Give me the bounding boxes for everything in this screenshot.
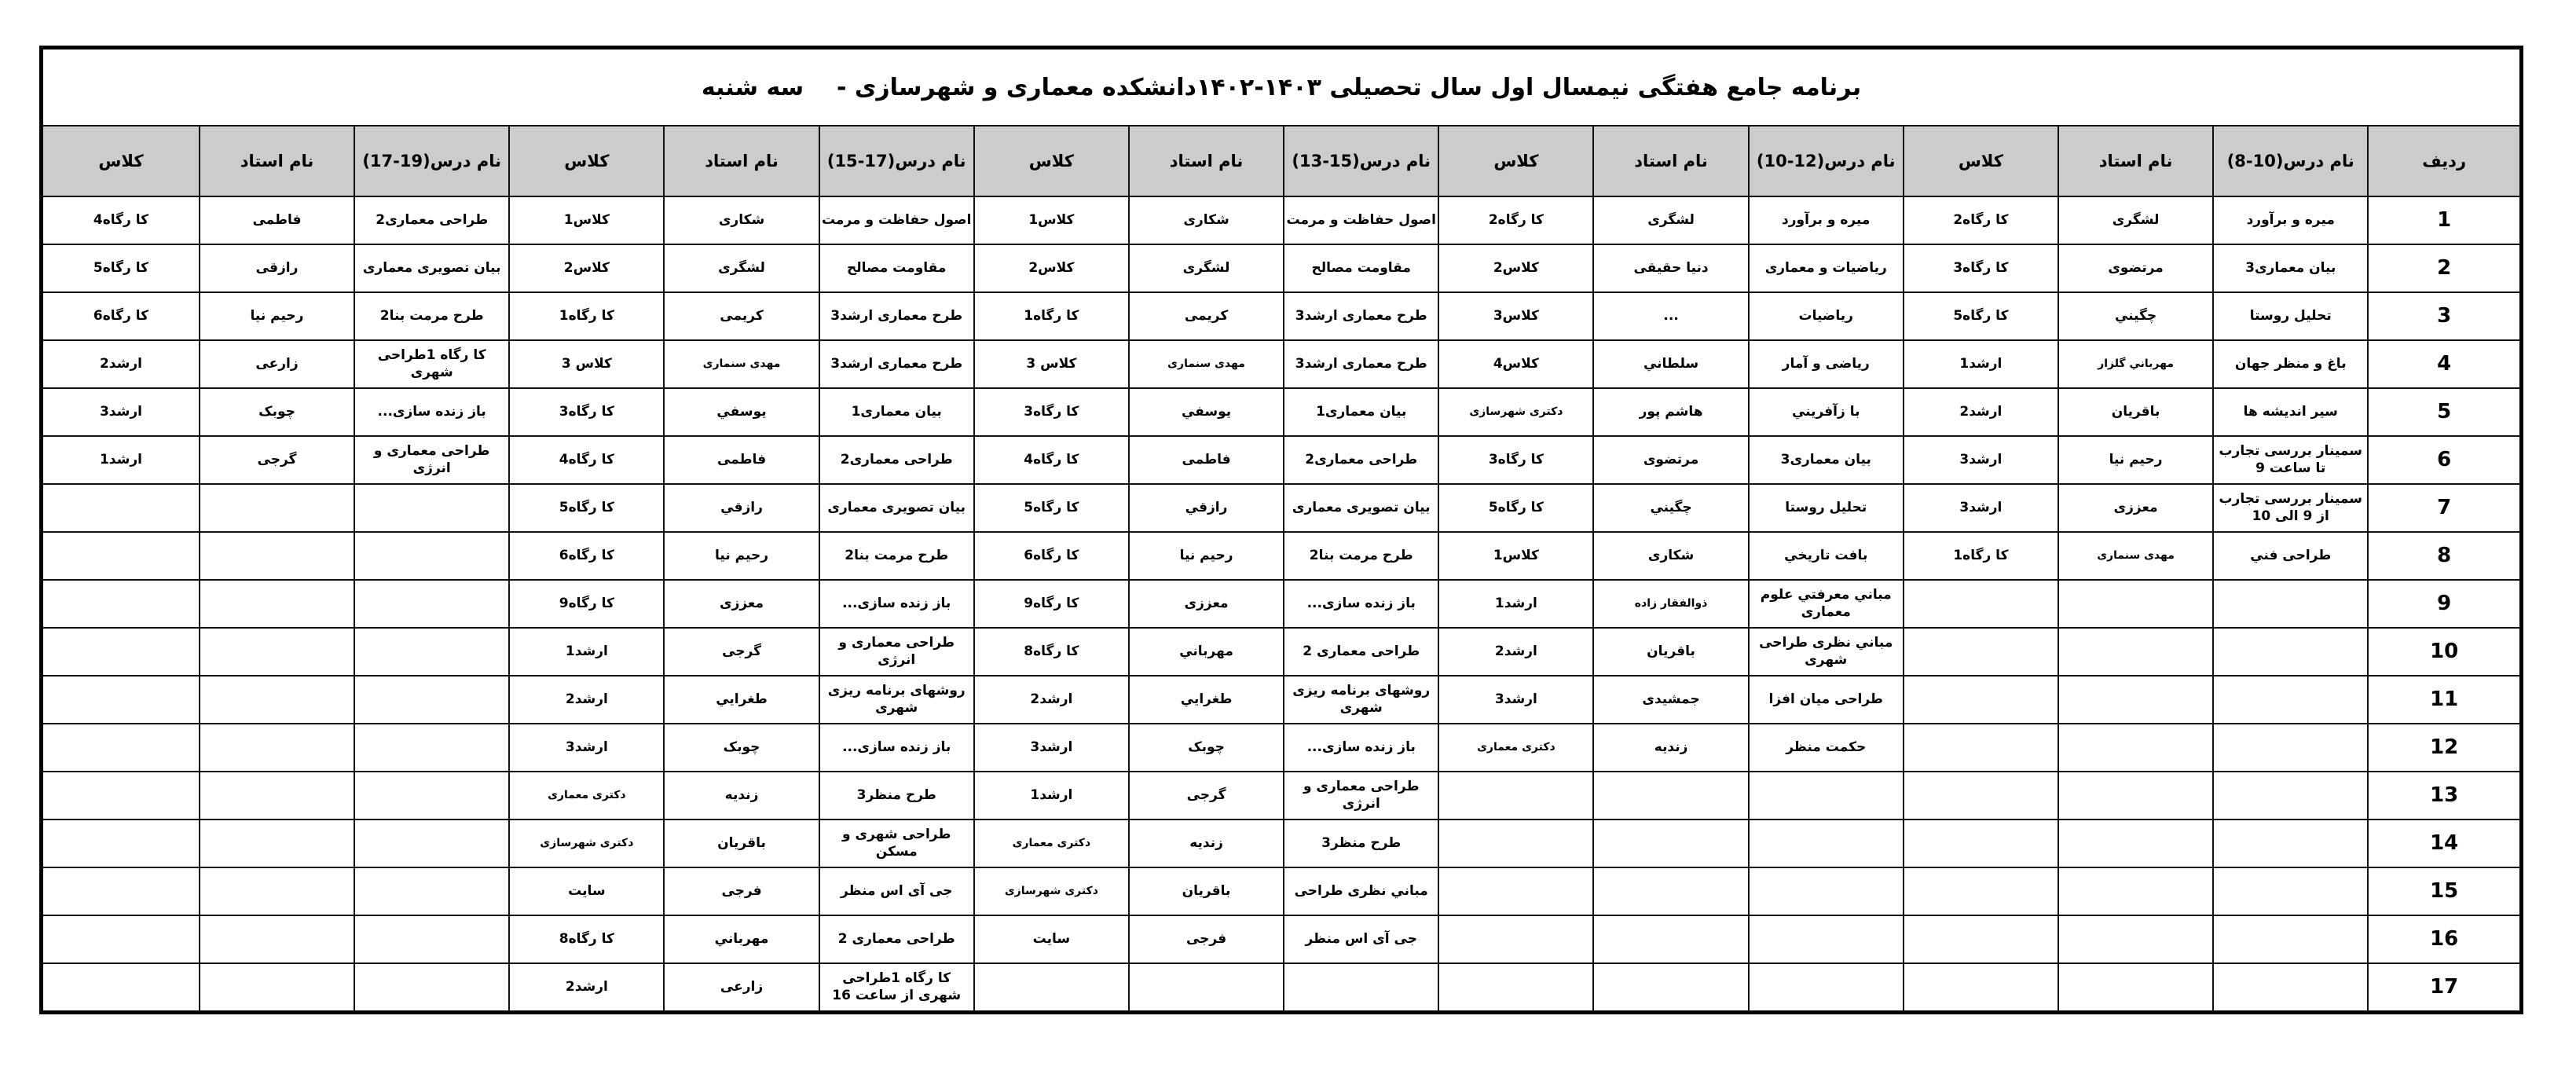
teacher-cell: سلطاني [1593,340,1748,388]
class-cell: کا رگاه6 [509,532,664,580]
course-cell: مباني معرفتي علوم معماری [1749,580,1904,628]
teacher-cell: جمشیدی [1593,676,1748,724]
class-cell: کا رگاه4 [509,436,664,484]
teacher-cell [1593,819,1748,867]
teacher-cell: فاطمی [664,436,819,484]
course-cell: طرح معماری ارشد3 [819,340,974,388]
class-cell: دکتری شهرسازی [1438,388,1593,436]
course-cell [1749,819,1904,867]
header-teacher: نام استاد [1129,126,1284,196]
row-number-cell: 10 [2368,628,2521,676]
teacher-cell [2058,772,2213,819]
teacher-cell: رازقی [200,244,354,292]
teacher-cell: رحیم نیا [664,532,819,580]
class-cell: کا رگاه3 [509,388,664,436]
header-class: کلاس [1904,126,2058,196]
course-cell: بیان معماری1 [819,388,974,436]
course-cell: جی آی اس منظر [1284,915,1438,963]
teacher-cell: چگیني [1593,484,1748,532]
table-row: 8طراحی فنيمهدی سنماریکا رگاه1بافت تاریخي… [42,532,2522,580]
class-cell [42,915,200,963]
teacher-cell [1593,772,1748,819]
class-cell: دکتری شهرسازی [509,819,664,867]
teacher-cell: مهرباني [664,915,819,963]
class-cell: سایت [974,915,1129,963]
course-cell [354,580,509,628]
course-cell [354,628,509,676]
teacher-cell: مهدی سنماری [2058,532,2213,580]
course-cell: باغ و منظر جهان [2213,340,2368,388]
class-cell: کلاس1 [509,196,664,244]
teacher-cell: مهرباني [1129,628,1284,676]
course-cell: کا رگاه 1طراحی شهری از ساعت 16 [819,963,974,1013]
course-cell: طرح معماری ارشد3 [1284,292,1438,340]
teacher-cell: ذوالفقار زاده [1593,580,1748,628]
course-cell [2213,676,2368,724]
table-row: 5سیر اندیشه هاباقریانارشد2با زآفرینيهاشم… [42,388,2522,436]
course-cell: باز زنده سازی... [819,580,974,628]
class-cell: ارشد2 [42,340,200,388]
table-row: 15مباني نظری طراحیباقریاندکتری شهرسازیجی… [42,867,2522,915]
table-row: 16جی آی اس منظرفرجیسایتطراحی معماری 2مهر… [42,915,2522,963]
teacher-cell [200,915,354,963]
teacher-cell [1593,915,1748,963]
table-row: 11طراحی میان افزاجمشیدیارشد3روشهای برنام… [42,676,2522,724]
class-cell: کا رگاه4 [974,436,1129,484]
class-cell [1438,772,1593,819]
course-cell: بافت تاریخي [1749,532,1904,580]
teacher-cell [2058,676,2213,724]
course-cell [354,676,509,724]
header-class: کلاس [42,126,200,196]
teacher-cell [200,772,354,819]
teacher-cell [1129,963,1284,1013]
course-cell [2213,819,2368,867]
course-cell: اصول حفاظت و مرمت [819,196,974,244]
header-teacher: نام استاد [1593,126,1748,196]
course-cell: تحلیل روستا [1749,484,1904,532]
teacher-cell: زارعی [664,963,819,1013]
teacher-cell: چگیني [2058,292,2213,340]
class-cell: دکتری معماری [509,772,664,819]
course-cell [1749,963,1904,1013]
course-cell: طرح مرمت بنا2 [354,292,509,340]
course-cell: حکمت منظر [1749,724,1904,772]
class-cell [1904,628,2058,676]
row-number-cell: 8 [2368,532,2521,580]
class-cell [1438,915,1593,963]
table-row: 2بیان معماری3مرتضویکا رگاه3ریاضیات و معم… [42,244,2522,292]
teacher-cell: فاطمی [200,196,354,244]
course-cell: طراحی میان افزا [1749,676,1904,724]
course-cell: طراحی معماری2 [819,436,974,484]
teacher-cell: باقریان [2058,388,2213,436]
course-cell: تحلیل روستا [2213,292,2368,340]
header-teacher: نام استاد [200,126,354,196]
table-row: 4باغ و منظر جهانمهرباني گلزارارشد1ریاضی … [42,340,2522,388]
course-cell [354,867,509,915]
teacher-cell [200,867,354,915]
course-cell: ریاضیات و معماری [1749,244,1904,292]
class-cell [42,724,200,772]
header-course-17-19: نام درس(19-17) [354,126,509,196]
class-cell: سایت [509,867,664,915]
teacher-cell [2058,724,2213,772]
course-cell: مقاومت مصالح [1284,244,1438,292]
course-cell: طراحی معماری 2 [819,915,974,963]
title-row: برنامه جامع هفتگی نیمسال اول سال تحصیلی … [42,48,2522,126]
class-cell: کلاس 3 [974,340,1129,388]
class-cell: کا رگاه5 [1438,484,1593,532]
course-cell: روشهای برنامه ریزی شهری [1284,676,1438,724]
course-cell: سمینار بررسی تجارب از 9 الی 10 [2213,484,2368,532]
teacher-cell [200,580,354,628]
course-cell: طرح منظر3 [819,772,974,819]
course-cell: کا رگاه 1طراحی شهری [354,340,509,388]
teacher-cell: دنیا حقیقی [1593,244,1748,292]
header-teacher: نام استاد [664,126,819,196]
class-cell [42,772,200,819]
class-cell: ارشد2 [1904,388,2058,436]
course-cell: طرح مرمت بنا2 [819,532,974,580]
course-cell [354,532,509,580]
course-cell [2213,915,2368,963]
teacher-cell: باقریان [1129,867,1284,915]
header-course-8-10: نام درس(10-8) [2213,126,2368,196]
header-class: کلاس [974,126,1129,196]
table-row: 9مباني معرفتي علوم معماریذوالفقار زادهار… [42,580,2522,628]
teacher-cell: فرجی [664,867,819,915]
row-number-cell: 11 [2368,676,2521,724]
class-cell [42,676,200,724]
class-cell: کا رگاه8 [509,915,664,963]
class-cell: کا رگاه3 [974,388,1129,436]
class-cell [1904,772,2058,819]
class-cell: ارشد1 [1904,340,2058,388]
class-cell [1904,963,2058,1013]
class-cell: کا رگاه5 [1904,292,2058,340]
course-cell: میره و برآورد [1749,196,1904,244]
class-cell: کلاس4 [1438,340,1593,388]
class-cell: کا رگاه5 [42,244,200,292]
class-cell: ارشد3 [1438,676,1593,724]
course-cell: بیان تصویری معماری [354,244,509,292]
course-cell: بیان معماری3 [1749,436,1904,484]
class-cell: کا رگاه6 [974,532,1129,580]
teacher-cell: یوسفي [1129,388,1284,436]
teacher-cell [2058,628,2213,676]
teacher-cell [200,819,354,867]
table-row: 10مباني نظری طراحی شهریباقریانارشد2طراحی… [42,628,2522,676]
class-cell: کا رگاه9 [509,580,664,628]
teacher-cell: چوبک [200,388,354,436]
class-cell: کلاس 3 [509,340,664,388]
teacher-cell: گرجی [200,436,354,484]
course-cell: ریاضیات [1749,292,1904,340]
course-cell: طراحی معماری 2 [1284,628,1438,676]
row-number-cell: 2 [2368,244,2521,292]
course-cell: مباني نظری طراحی [1284,867,1438,915]
class-cell: کلاس2 [1438,244,1593,292]
class-cell: کا رگاه3 [1904,244,2058,292]
header-course-10-12: نام درس(12-10) [1749,126,1904,196]
class-cell: ارشد3 [1904,436,2058,484]
class-cell [1438,963,1593,1013]
teacher-cell: رحیم نیا [1129,532,1284,580]
class-cell: ارشد2 [509,963,664,1013]
class-cell [42,580,200,628]
class-cell: ارشد3 [509,724,664,772]
teacher-cell: لشگری [664,244,819,292]
course-cell [2213,963,2368,1013]
class-cell: ارشد2 [1438,628,1593,676]
course-cell: سمینار بررسی تجارب تا ساعت 9 [2213,436,2368,484]
course-cell: طرح معماری ارشد3 [1284,340,1438,388]
class-cell: کا رگاه5 [509,484,664,532]
teacher-cell: شکاری [664,196,819,244]
schedule-sheet: برنامه جامع هفتگی نیمسال اول سال تحصیلی … [39,46,2523,1014]
teacher-cell: زندیه [1593,724,1748,772]
class-cell [1438,867,1593,915]
class-cell: دکتری معماری [1438,724,1593,772]
teacher-cell [1593,963,1748,1013]
header-course-15-17: نام درس(17-15) [819,126,974,196]
page-title: برنامه جامع هفتگی نیمسال اول سال تحصیلی … [42,48,2522,126]
class-cell: کا رگاه1 [1904,532,2058,580]
course-cell: باز زنده سازی... [1284,580,1438,628]
teacher-cell: مهدی سنماری [1129,340,1284,388]
teacher-cell: باقریان [1593,628,1748,676]
teacher-cell: شکاری [1593,532,1748,580]
class-cell [974,963,1129,1013]
class-cell: کلاس1 [1438,532,1593,580]
teacher-cell: چوبک [1129,724,1284,772]
teacher-cell: طغرایي [1129,676,1284,724]
teacher-cell: مرتضوی [1593,436,1748,484]
row-number-cell: 6 [2368,436,2521,484]
course-cell: باز زنده سازی... [354,388,509,436]
teacher-cell [200,963,354,1013]
row-number-cell: 3 [2368,292,2521,340]
class-cell [42,819,200,867]
teacher-cell: چوبک [664,724,819,772]
class-cell: ارشد3 [42,388,200,436]
teacher-cell: باقریان [664,819,819,867]
teacher-cell: گرجی [664,628,819,676]
class-cell: کا رگاه1 [509,292,664,340]
teacher-cell: زندیه [1129,819,1284,867]
teacher-cell: کریمی [1129,292,1284,340]
course-cell: طراحی معماری2 [354,196,509,244]
teacher-cell [2058,915,2213,963]
table-row: 1میره و برآوردلشگریکا رگاه2میره و برآورد… [42,196,2522,244]
course-cell [354,484,509,532]
teacher-cell [200,532,354,580]
course-cell: طرح معماری ارشد3 [819,292,974,340]
teacher-cell: شکاری [1129,196,1284,244]
class-cell [42,532,200,580]
course-cell: مباني نظری طراحی شهری [1749,628,1904,676]
course-cell: طراحی شهری و مسکن [819,819,974,867]
class-cell [42,628,200,676]
row-number-cell: 4 [2368,340,2521,388]
course-cell [2213,867,2368,915]
class-cell: ارشد1 [1438,580,1593,628]
course-cell [354,724,509,772]
course-cell: بیان تصویری معماری [1284,484,1438,532]
teacher-cell: زارعی [200,340,354,388]
course-cell: طرح مرمت بنا2 [1284,532,1438,580]
teacher-cell: کریمی [664,292,819,340]
header-course-13-15: نام درس(15-13) [1284,126,1438,196]
teacher-cell: معززی [2058,484,2213,532]
teacher-cell: رحیم نیا [2058,436,2213,484]
teacher-cell: ... [1593,292,1748,340]
class-cell: کا رگاه3 [1438,436,1593,484]
header-teacher: نام استاد [2058,126,2213,196]
course-cell [354,915,509,963]
table-row: 7سمینار بررسی تجارب از 9 الی 10معززیارشد… [42,484,2522,532]
class-cell [1904,819,2058,867]
course-cell: بیان تصویری معماری [819,484,974,532]
course-cell [2213,772,2368,819]
course-cell: طراحی معماری و انرژی [1284,772,1438,819]
header-row: ردیفنام درس(10-8)نام استادکلاسنام درس(12… [42,126,2522,196]
class-cell: ارشد2 [509,676,664,724]
teacher-cell: فاطمی [1129,436,1284,484]
teacher-cell: لشگری [1593,196,1748,244]
course-cell: طراحی معماری2 [1284,436,1438,484]
class-cell: کا رگاه2 [1438,196,1593,244]
class-cell: کا رگاه8 [974,628,1129,676]
row-number-cell: 1 [2368,196,2521,244]
teacher-cell: لشگری [2058,196,2213,244]
class-cell [1904,724,2058,772]
teacher-cell [200,724,354,772]
teacher-cell [2058,963,2213,1013]
teacher-cell [2058,580,2213,628]
row-number-cell: 16 [2368,915,2521,963]
teacher-cell: رازقي [1129,484,1284,532]
class-cell: ارشد1 [974,772,1129,819]
class-cell [42,963,200,1013]
class-cell: کلاس2 [974,244,1129,292]
course-cell [354,772,509,819]
teacher-cell [200,676,354,724]
course-cell: طرح منظر3 [1284,819,1438,867]
row-number-cell: 7 [2368,484,2521,532]
course-cell [1284,963,1438,1013]
class-cell: کا رگاه2 [1904,196,2058,244]
course-cell: سیر اندیشه ها [2213,388,2368,436]
class-cell [1904,580,2058,628]
teacher-cell [2058,867,2213,915]
table-row: 14طرح منظر3زندیهدکتری معماریطراحی شهری و… [42,819,2522,867]
class-cell: ارشد1 [42,436,200,484]
row-number-cell: 9 [2368,580,2521,628]
class-cell: ارشد1 [509,628,664,676]
course-cell [354,963,509,1013]
class-cell: ارشد2 [974,676,1129,724]
row-number-cell: 12 [2368,724,2521,772]
course-cell [1749,867,1904,915]
row-number-cell: 15 [2368,867,2521,915]
course-cell: باز زنده سازی... [1284,724,1438,772]
course-cell: ریاضی و آمار [1749,340,1904,388]
class-cell [1904,867,2058,915]
class-cell [42,484,200,532]
course-cell [1749,915,1904,963]
header-row-number: ردیف [2368,126,2521,196]
course-cell: طراحی فني [2213,532,2368,580]
course-cell [2213,724,2368,772]
course-cell: جی آی اس منظر [819,867,974,915]
course-cell [1749,772,1904,819]
class-cell: کلاس3 [1438,292,1593,340]
teacher-cell: معززی [664,580,819,628]
course-cell: میره و برآورد [2213,196,2368,244]
class-cell: کا رگاه5 [974,484,1129,532]
class-cell: دکتری شهرسازی [974,867,1129,915]
header-class: کلاس [509,126,664,196]
table-row: 17کا رگاه 1طراحی شهری از ساعت 16زارعیارش… [42,963,2522,1013]
class-cell: کا رگاه6 [42,292,200,340]
table-row: 12حکمت منظرزندیهدکتری معماریباز زنده ساز… [42,724,2522,772]
class-cell [1904,915,2058,963]
header-class: کلاس [1438,126,1593,196]
row-number-cell: 14 [2368,819,2521,867]
class-cell: ارشد3 [1904,484,2058,532]
teacher-cell: طغرایي [664,676,819,724]
class-cell: کا رگاه9 [974,580,1129,628]
teacher-cell: گرجی [1129,772,1284,819]
teacher-cell [200,484,354,532]
weekly-schedule-table: برنامه جامع هفتگی نیمسال اول سال تحصیلی … [39,46,2523,1014]
class-cell: دکتری معماری [974,819,1129,867]
row-number-cell: 17 [2368,963,2521,1013]
class-cell: کا رگاه1 [974,292,1129,340]
teacher-cell: مهدی سنماری [664,340,819,388]
teacher-cell: رازقي [664,484,819,532]
row-number-cell: 5 [2368,388,2521,436]
course-cell [2213,628,2368,676]
teacher-cell: زندیه [664,772,819,819]
class-cell [1904,676,2058,724]
course-cell: مقاومت مصالح [819,244,974,292]
course-cell [354,819,509,867]
table-row: 6سمینار بررسی تجارب تا ساعت 9رحیم نیاارش… [42,436,2522,484]
course-cell: بیان معماری3 [2213,244,2368,292]
table-row: 3تحلیل روستاچگینيکا رگاه5ریاضیات...کلاس3… [42,292,2522,340]
course-cell: با زآفریني [1749,388,1904,436]
teacher-cell: یوسفي [664,388,819,436]
teacher-cell [2058,819,2213,867]
teacher-cell: مرتضوی [2058,244,2213,292]
teacher-cell: معززی [1129,580,1284,628]
teacher-cell: لشگری [1129,244,1284,292]
class-cell: کا رگاه4 [42,196,200,244]
table-row: 13طراحی معماری و انرژیگرجیارشد1طرح منظر3… [42,772,2522,819]
class-cell: کلاس1 [974,196,1129,244]
row-number-cell: 13 [2368,772,2521,819]
teacher-cell [1593,867,1748,915]
course-cell: طراحی معماری و انرژی [819,628,974,676]
course-cell: اصول حفاظت و مرمت [1284,196,1438,244]
course-cell: بیان معماری1 [1284,388,1438,436]
class-cell: ارشد3 [974,724,1129,772]
course-cell: باز زنده سازی... [819,724,974,772]
teacher-cell: فرجی [1129,915,1284,963]
